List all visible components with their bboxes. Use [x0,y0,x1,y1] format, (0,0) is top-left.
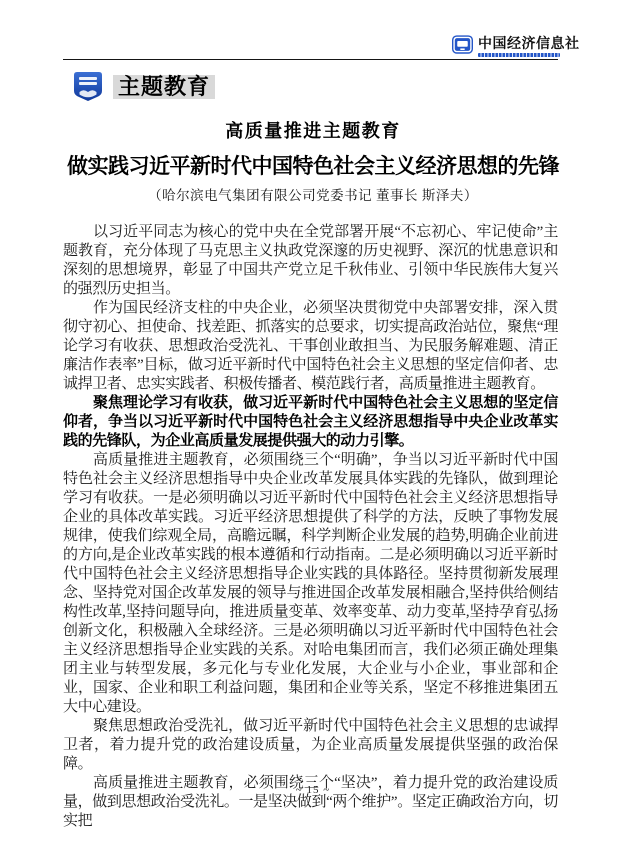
section-emblem-icon [73,71,103,102]
paragraph: 高质量推进主题教育，必须围绕三个“坚决”，着力提升党的政治建设质量，做到思想政治… [63,774,558,831]
brand-mark-icon [452,35,473,54]
publisher-name: 中国经济信息社 [478,35,580,51]
article-overtitle: 高质量推进主题教育 [0,117,626,143]
publisher-logo: 中国经济信息社 [452,35,580,57]
document-page: 中国经济信息社 主题教育 高质量推进主题教育 做实践习近平新时代中 [0,0,626,853]
paragraph-emphasis: 聚焦理论学习有收获，做习近平新时代中国特色社会主义思想的坚定信仰者，争当以习近平… [63,394,558,451]
article-byline: （哈尔滨电气集团有限公司党委书记 董事长 斯泽夫） [0,184,626,204]
paragraph: 聚焦思想政治受洗礼，做习近平新时代中国特色社会主义思想的忠诚捍卫者，着力提升党的… [63,717,558,774]
article-body: 以习近平同志为核心的党中央在全党部署开展“不忘初心、牢记使命”主题教育，充分体现… [63,223,558,831]
section-badge: 主题教育 [73,71,215,102]
section-label: 主题教育 [113,75,215,99]
logo-tagline-bar [478,53,560,57]
paragraph: 高质量推进主题教育，必须围绕三个“明确”，争当以习近平新时代中国特色社会主义经济… [63,451,558,717]
paragraph: 以习近平同志为核心的党中央在全党部署开展“不忘初心、牢记使命”主题教育，充分体现… [63,223,558,299]
article-title: 做实践习近平新时代中国特色社会主义经济思想的先锋 [0,150,626,180]
header-divider [63,59,558,60]
paragraph: 作为国民经济支柱的中央企业，必须坚决贯彻党中央部署安排，深入贯彻守初心、担使命、… [63,299,558,394]
page-number: ~ 15 ~ [0,784,626,796]
